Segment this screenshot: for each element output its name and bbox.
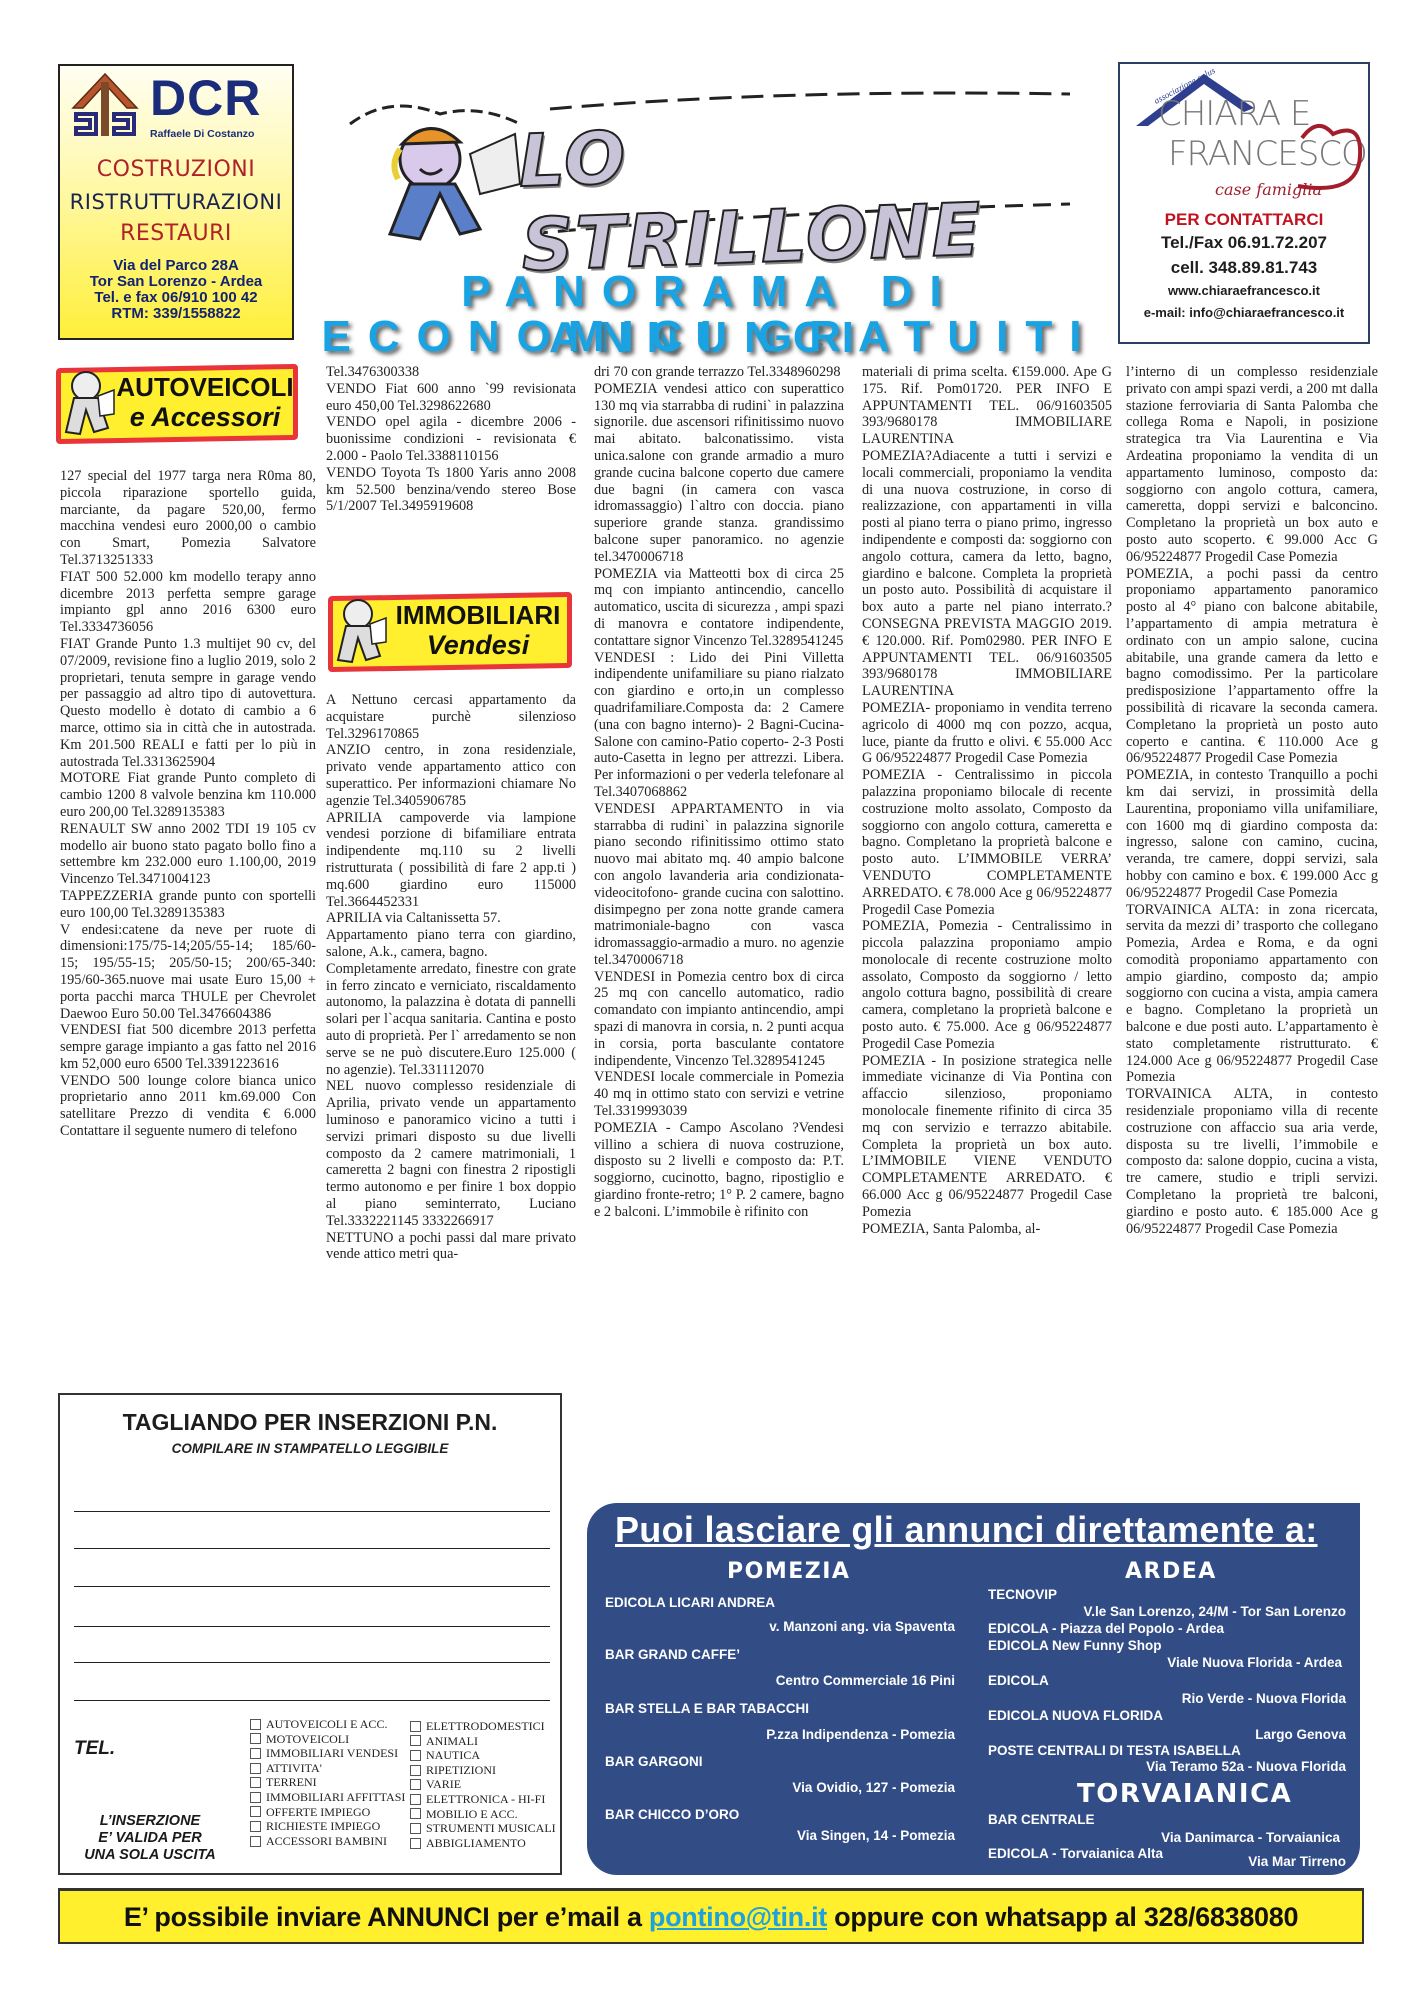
classified-ad: POMEZIA, a pochi passi da centro proponi… (1126, 566, 1378, 768)
cf-logo: associazione onlus CHIARA E FRANCESCO ca… (1120, 64, 1368, 204)
category-checkbox[interactable]: MOTOVEICOLI (250, 1732, 400, 1747)
checkbox-icon[interactable] (250, 1733, 261, 1744)
classified-ad: Completamente arredato, finestre con gra… (326, 961, 576, 1079)
footer-whatsapp-text: oppure con whatsapp al 328/6838080 (827, 1902, 1298, 1932)
cf-cell: cell. 348.89.81.743 (1120, 255, 1368, 280)
checkbox-icon[interactable] (410, 1794, 421, 1805)
coupon-write-line[interactable] (74, 1586, 550, 1587)
category-checkbox[interactable]: TERRENI (250, 1775, 400, 1790)
coupon-tel-label: TEL. (74, 1738, 115, 1760)
footer-text-before: E’ possibile inviare ANNUNCI per e’mail … (124, 1902, 649, 1932)
category-checklist-right: ELETTRODOMESTICI ANIMALI NAUTICA RIPETIZ… (410, 1719, 560, 1850)
masthead-tagline: ECONOMICI GRATUITI (320, 314, 1100, 360)
category-label: VARIE (426, 1777, 461, 1792)
category-checkbox[interactable]: ELETTRONICA - HI-FI (410, 1792, 560, 1807)
classified-ad: materiali di prima scelta. €159.000. Ape… (862, 364, 1112, 448)
classified-ad: POMEZIA, Santa Palomba, al- (862, 1221, 1112, 1238)
classified-ad: 127 special del 1977 targa nera R0ma 80,… (60, 468, 316, 569)
classified-ad: TAPPEZZERIA grande punto con sportelli e… (60, 888, 316, 922)
dcr-service: RISTRUTTURAZIONI (60, 186, 292, 218)
classified-ad: FIAT 500 52.000 km modello terapy anno d… (60, 569, 316, 636)
category-label: IMMOBILIARI AFFITTASI (266, 1790, 405, 1805)
classified-ad: VENDO opel agila - dicembre 2006 - buoni… (326, 414, 576, 464)
coupon-note-line: L’INSERZIONE (70, 1813, 230, 1830)
classified-ad: POMEZIA via Matteotti box di circa 25 mq… (594, 566, 844, 650)
shop-name: EDICOLA - Torvaianica Alta (988, 1846, 1163, 1861)
section-banner-autoveicoli: AUTOVEICOLI e Accessori (56, 362, 298, 448)
category-checkbox[interactable]: STRUMENTI MUSICALI (410, 1821, 560, 1836)
category-label: ELETTRODOMESTICI (426, 1719, 545, 1734)
category-label: AUTOVEICOLI E ACC. (266, 1717, 387, 1732)
banner-title: IMMOBILIARI (388, 600, 568, 630)
classified-ad: POMEZIA- proponiamo in vendita terreno a… (862, 700, 1112, 767)
shop-name: EDICOLA NUOVA FLORIDA (988, 1708, 1163, 1723)
classified-ad: V endesi:catene da neve per ruote di dim… (60, 922, 316, 1023)
shop-name: BAR CENTRALE (988, 1812, 1095, 1827)
footer-banner: E’ possibile inviare ANNUNCI per e’mail … (58, 1888, 1364, 1944)
coupon-write-line[interactable] (74, 1548, 550, 1549)
masthead: LO STRILLONE PANORAMA DI ANNUNCI ECONOMI… (320, 64, 1100, 344)
coupon-write-line[interactable] (74, 1511, 550, 1512)
masthead-title: LO STRILLONE (517, 99, 1103, 287)
classified-ad: APRILIA campoverde via lampione vendesi … (326, 810, 576, 911)
category-checkbox[interactable]: ANIMALI (410, 1734, 560, 1749)
shop-name: EDICOLA - Piazza del Popolo - Ardea (988, 1621, 1224, 1636)
checkbox-icon[interactable] (410, 1823, 421, 1834)
classified-ad: VENDESI in Pomezia centro box di circa 2… (594, 969, 844, 1070)
category-checkbox[interactable]: ELETTRODOMESTICI (410, 1719, 560, 1734)
dcr-address-line: Tor San Lorenzo - Ardea (60, 274, 292, 290)
classified-ad: POMEZIA, in contesto Tranquillo a pochi … (1126, 767, 1378, 901)
classifieds-column-2: Tel.3476300338 VENDO Fiat 600 anno `99 r… (326, 364, 576, 515)
classified-ad: TORVAINICA ALTA, in contesto residenzial… (1126, 1086, 1378, 1237)
dcr-logo-icon (70, 72, 140, 138)
checkbox-icon[interactable] (250, 1792, 261, 1803)
classified-ad: FIAT Grande Punto 1.3 multijet 90 cv, de… (60, 636, 316, 770)
shop-address: Via Danimarca - Torvaianica (1161, 1830, 1340, 1845)
coupon-validity-note: L’INSERZIONE E’ VALIDA PER UNA SOLA USCI… (70, 1813, 230, 1864)
banner-title: AUTOVEICOLI (116, 372, 294, 402)
dcr-address: Via del Parco 28A Tor San Lorenzo - Arde… (60, 258, 292, 322)
category-label: ACCESSORI BAMBINI (266, 1834, 387, 1849)
cf-website-link[interactable]: www.chiaraefrancesco.it (1120, 280, 1368, 302)
cf-contact-title: PER CONTATTARCI (1120, 210, 1368, 230)
insertion-coupon-form: TAGLIANDO PER INSERZIONI P.N. COMPILARE … (58, 1393, 562, 1875)
classified-ad: A Nettuno cercasi appartamento da acquis… (326, 692, 576, 742)
category-label: ELETTRONICA - HI-FI (426, 1792, 545, 1807)
classified-ad: l’interno di un complesso residenziale p… (1126, 364, 1378, 566)
dcr-advertisement: DCR Raffaele Di Costanzo COSTRUZIONI RIS… (58, 64, 294, 340)
classified-ad: NETTUNO a pochi passi dal mare privato v… (326, 1230, 576, 1264)
section-banner-immobiliari: IMMOBILIARI Vendesi (328, 590, 572, 676)
chiara-francesco-advertisement: associazione onlus CHIARA E FRANCESCO ca… (1118, 62, 1370, 344)
checkbox-icon[interactable] (410, 1765, 421, 1776)
shop-address: V.le San Lorenzo, 24/M - Tor San Lorenzo (1083, 1604, 1346, 1619)
classified-ad: NEL nuovo complesso residenziale di Apri… (326, 1078, 576, 1229)
cf-subtitle: case famiglia (1215, 180, 1322, 199)
category-checkbox[interactable]: MOBILIO E ACC. (410, 1807, 560, 1822)
classified-ad: VENDESI APPARTAMENTO in via starrabba di… (594, 801, 844, 969)
classified-ad: POMEZIA - Campo Ascolano ?Vendesi villin… (594, 1120, 844, 1221)
category-label: IMMOBILIARI VENDESI (266, 1746, 398, 1761)
dcr-brand-name: DCR (150, 72, 286, 124)
classified-ad: APRILIA via Caltanissetta 57. (326, 910, 576, 927)
banner-subtitle: Vendesi (388, 630, 568, 660)
classified-ad: RENAULT SW anno 2002 TDI 19 105 cv model… (60, 821, 316, 888)
classified-ad: dri 70 con grande terrazzo Tel.334896029… (594, 364, 844, 381)
classified-ad: VENDO Toyota Ts 1800 Yaris anno 2008 km … (326, 465, 576, 515)
checkbox-icon[interactable] (250, 1821, 261, 1832)
category-checkbox[interactable]: RIPETIZIONI (410, 1763, 560, 1778)
city-heading-pomezia: POMEZIA (727, 1559, 850, 1584)
classifieds-column-5: l’interno di un complesso residenziale p… (1126, 364, 1378, 1237)
classified-ad: TORVAINICA ALTA: in zona ricercata, serv… (1126, 902, 1378, 1087)
shop-name: POSTE CENTRALI DI TESTA ISABELLA (988, 1743, 1241, 1758)
category-checkbox[interactable]: OFFERTE IMPIEGO (250, 1805, 400, 1820)
category-label: ATTIVITA' (266, 1761, 322, 1776)
coupon-write-line[interactable] (74, 1662, 550, 1663)
checkbox-icon[interactable] (410, 1779, 421, 1790)
checkbox-icon[interactable] (250, 1763, 261, 1774)
shop-name: BAR GRAND CAFFE’ (605, 1647, 740, 1662)
coupon-title: TAGLIANDO PER INSERZIONI P.N. (60, 1409, 560, 1436)
shop-address: Largo Genova (1255, 1727, 1346, 1742)
category-label: STRUMENTI MUSICALI (426, 1821, 556, 1836)
category-label: MOBILIO E ACC. (426, 1807, 518, 1822)
shop-name: EDICOLA New Funny Shop (988, 1638, 1162, 1653)
city-heading-ardea: ARDEA (1125, 1559, 1217, 1584)
category-checkbox[interactable]: NAUTICA (410, 1748, 560, 1763)
classified-ad: Appartamento piano terra con giardino, s… (326, 927, 576, 961)
classified-ad: MOTORE Fiat grande Punto completo di cam… (60, 770, 316, 820)
checkbox-icon[interactable] (410, 1750, 421, 1761)
category-checkbox[interactable]: RICHIESTE IMPIEGO (250, 1819, 400, 1834)
newsboy-mascot-icon (58, 366, 116, 438)
distribution-title: Puoi lasciare gli annunci direttamente a… (615, 1509, 1318, 1551)
category-label: NAUTICA (426, 1748, 480, 1763)
footer-text: E’ possibile inviare ANNUNCI per e’mail … (124, 1902, 1298, 1932)
shop-address: Via Ovidio, 127 - Pomezia (792, 1780, 955, 1795)
banner-subtitle: e Accessori (116, 402, 294, 432)
dcr-mobile: RTM: 339/1558822 (60, 306, 292, 322)
classified-ad: POMEZIA - Centralissimo in piccola palaz… (862, 767, 1112, 918)
shop-name: BAR CHICCO D’ORO (605, 1807, 739, 1822)
classified-ad: VENDO 500 lounge colore bianca unico pro… (60, 1073, 316, 1140)
shop-name: BAR GARGONI (605, 1754, 703, 1769)
category-checkbox[interactable]: IMMOBILIARI VENDESI (250, 1746, 400, 1761)
coupon-note-line: E’ VALIDA PER (70, 1830, 230, 1847)
category-label: ABBIGLIAMENTO (426, 1836, 526, 1851)
dcr-address-line: Via del Parco 28A (60, 258, 292, 274)
classifieds-column-1: 127 special del 1977 targa nera R0ma 80,… (60, 468, 316, 1140)
checkbox-icon[interactable] (250, 1748, 261, 1759)
footer-email-link[interactable]: pontino@tin.it (649, 1902, 827, 1932)
shop-name: BAR STELLA E BAR TABACCHI (605, 1701, 809, 1716)
category-label: RICHIESTE IMPIEGO (266, 1819, 380, 1834)
shop-name: TECNOVIP (988, 1587, 1057, 1602)
shop-address: Rio Verde - Nuova Florida (1182, 1691, 1346, 1706)
checkbox-icon[interactable] (250, 1777, 261, 1788)
cf-email-link[interactable]: e-mail: info@chiaraefrancesco.it (1120, 302, 1368, 324)
coupon-subtitle: COMPILARE IN STAMPATELLO LEGGIBILE (60, 1441, 560, 1456)
dcr-owner: Raffaele Di Costanzo (150, 128, 286, 140)
classified-ad: VENDESI fiat 500 dicembre 2013 perfetta … (60, 1022, 316, 1072)
category-checkbox[interactable]: ACCESSORI BAMBINI (250, 1834, 400, 1849)
category-label: RIPETIZIONI (426, 1763, 496, 1778)
city-heading-torvaianica: TORVAIANICA (1077, 1779, 1292, 1809)
classified-ad: Tel.3476300338 (326, 364, 576, 381)
classified-ad: ANZIO centro, in zona residenziale, priv… (326, 742, 576, 809)
shop-name: EDICOLA (988, 1673, 1049, 1688)
dcr-service: COSTRUZIONI (60, 154, 292, 186)
checkbox-icon[interactable] (410, 1808, 421, 1819)
checkbox-icon[interactable] (410, 1721, 421, 1732)
category-checkbox[interactable]: ABBIGLIAMENTO (410, 1836, 560, 1851)
coupon-note-line: UNA SOLA USCITA (70, 1847, 230, 1864)
shop-address: Via Singen, 14 - Pomezia (797, 1828, 955, 1843)
category-label: OFFERTE IMPIEGO (266, 1805, 370, 1820)
classified-ad: POMEZIA - In posizione strategica nelle … (862, 1053, 1112, 1221)
dcr-services: COSTRUZIONI RISTRUTTURAZIONI RESTAURI (60, 154, 292, 250)
category-checkbox[interactable]: VARIE (410, 1777, 560, 1792)
classifieds-column-3: dri 70 con grande terrazzo Tel.334896029… (594, 364, 844, 1221)
category-label: ANIMALI (426, 1734, 478, 1749)
category-checkbox[interactable]: IMMOBILIARI AFFITTASI (250, 1790, 400, 1805)
checkbox-icon[interactable] (250, 1806, 261, 1817)
newsboy-mascot-icon (330, 594, 388, 666)
classified-ad: VENDESI locale commerciale in Pomezia 40… (594, 1069, 844, 1119)
category-label: MOTOVEICOLI (266, 1732, 349, 1747)
shop-address: Via Teramo 52a - Nuova Florida (1146, 1759, 1346, 1774)
checkbox-icon[interactable] (410, 1735, 421, 1746)
classified-ad: POMEZIA?Adiacente a tutti i servizi e lo… (862, 448, 1112, 700)
shop-address: v. Manzoni ang. via Spaventa (769, 1619, 955, 1634)
shop-address: P.zza Indipendenza - Pomezia (766, 1727, 955, 1742)
dcr-phone: Tel. e fax 06/910 100 42 (60, 290, 292, 306)
category-checklist-left: AUTOVEICOLI E ACC. MOTOVEICOLI IMMOBILIA… (250, 1717, 400, 1848)
shop-address: Via Mar Tirreno (1248, 1854, 1346, 1869)
classified-ad: POMEZIA vendesi attico con superattico 1… (594, 381, 844, 566)
classified-ad: POMEZIA, Pomezia - Centralissimo in picc… (862, 918, 1112, 1052)
checkbox-icon[interactable] (250, 1719, 261, 1730)
dcr-service: RESTAURI (60, 218, 292, 250)
classified-ad: VENDO Fiat 600 anno `99 revisionata euro… (326, 381, 576, 415)
shop-address: Centro Commerciale 16 Pini (776, 1673, 955, 1688)
classifieds-column-4: materiali di prima scelta. €159.000. Ape… (862, 364, 1112, 1237)
category-label: TERRENI (266, 1775, 317, 1790)
coupon-write-line[interactable] (74, 1626, 550, 1627)
classified-ad: VENDESI : Lido dei Pini Villetta indipen… (594, 650, 844, 801)
coupon-write-line[interactable] (74, 1700, 550, 1701)
checkbox-icon[interactable] (250, 1836, 261, 1847)
category-checkbox[interactable]: ATTIVITA' (250, 1761, 400, 1776)
shop-address: Viale Nuova Florida - Ardea (1167, 1655, 1342, 1670)
cf-phone: Tel./Fax 06.91.72.207 (1120, 230, 1368, 255)
classifieds-column-2-real-estate: A Nettuno cercasi appartamento da acquis… (326, 692, 576, 1263)
category-checkbox[interactable]: AUTOVEICOLI E ACC. (250, 1717, 400, 1732)
checkbox-icon[interactable] (410, 1838, 421, 1849)
shop-name: EDICOLA LICARI ANDREA (605, 1595, 775, 1610)
distribution-points-box: Puoi lasciare gli annunci direttamente a… (587, 1503, 1360, 1875)
